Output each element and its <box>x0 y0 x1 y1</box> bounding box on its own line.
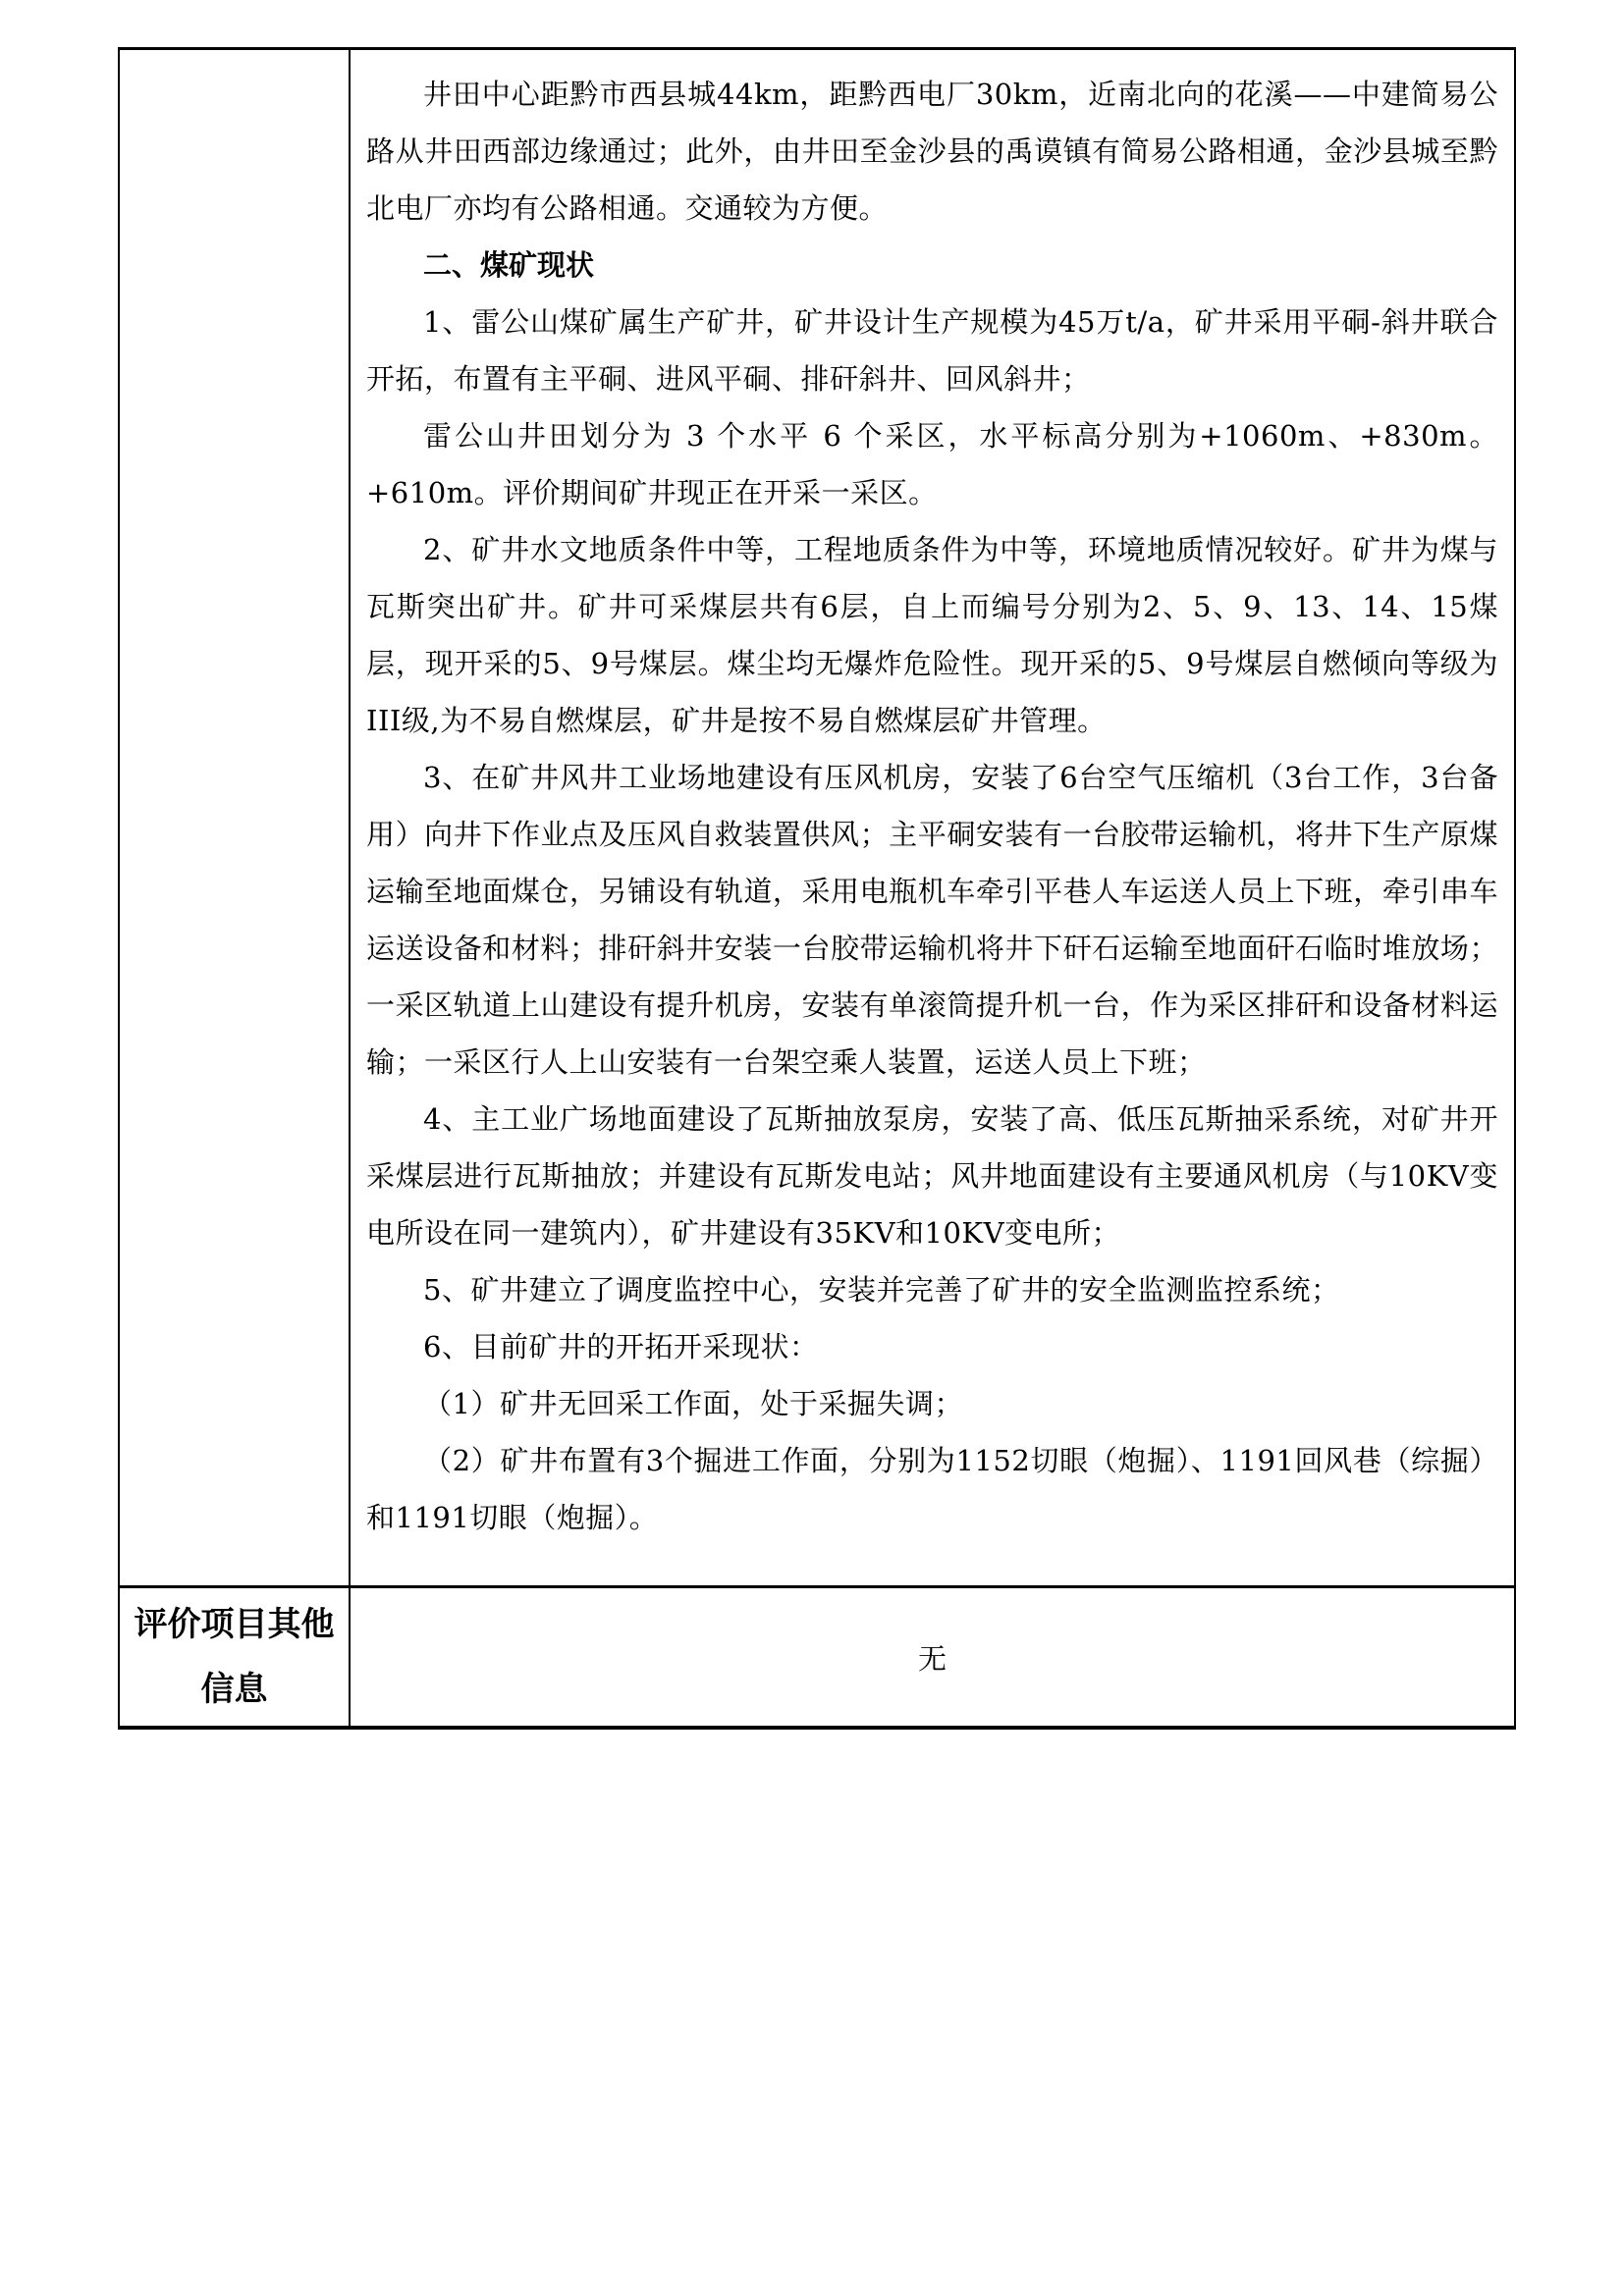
paragraph-4-gas-drainage: 4、主工业广场地面建设了瓦斯抽放泵房，安装了高、低压瓦斯抽采系统，对矿井开采煤层… <box>366 1091 1498 1261</box>
other-info-label: 评价项目其他信息 <box>119 1587 350 1729</box>
paragraph-6-item-2: （2）矿井布置有3个掘进工作面，分别为1152切眼（炮掘）、1191回风巷（综掘… <box>366 1432 1498 1546</box>
document-table: 井田中心距黔市西县城44km，距黔西电厂30km，近南北向的花溪——中建简易公路… <box>118 47 1516 1730</box>
paragraph-2-geology: 2、矿井水文地质条件中等，工程地质条件为中等，环境地质情况较好。矿井为煤与瓦斯突… <box>366 521 1498 749</box>
paragraph-5-monitoring: 5、矿井建立了调度监控中心，安装并完善了矿井的安全监测监控系统； <box>366 1261 1498 1318</box>
paragraph-1-mine-scale: 1、雷公山煤矿属生产矿井，矿井设计生产规模为45万t/a，矿井采用平硐-斜井联合… <box>366 294 1498 407</box>
paragraph-6-item-1: （1）矿井无回采工作面，处于采掘失调； <box>366 1375 1498 1432</box>
project-overview-row: 井田中心距黔市西县城44km，距黔西电厂30km，近南北向的花溪——中建简易公路… <box>119 49 1515 1587</box>
other-info-value: 无 <box>350 1587 1515 1729</box>
transport-paragraph: 井田中心距黔市西县城44km，距黔西电厂30km，近南北向的花溪——中建简易公路… <box>366 66 1498 237</box>
paragraph-3-equipment: 3、在矿井风井工业场地建设有压风机房，安装了6台空气压缩机（3台工作，3台备用）… <box>366 749 1498 1091</box>
content-cell: 井田中心距黔市西县城44km，距黔西电厂30km，近南北向的花溪——中建简易公路… <box>350 49 1515 1587</box>
other-info-row: 评价项目其他信息 无 <box>119 1587 1515 1729</box>
paragraph-levels: 雷公山井田划分为 3 个水平 6 个采区，水平标高分别为+1060m、+830m… <box>366 407 1498 521</box>
row-label-cell-empty <box>119 49 350 1587</box>
paragraph-6-status: 6、目前矿井的开拓开采现状： <box>366 1318 1498 1375</box>
section-heading-coal-mine-status: 二、煤矿现状 <box>366 237 1498 294</box>
